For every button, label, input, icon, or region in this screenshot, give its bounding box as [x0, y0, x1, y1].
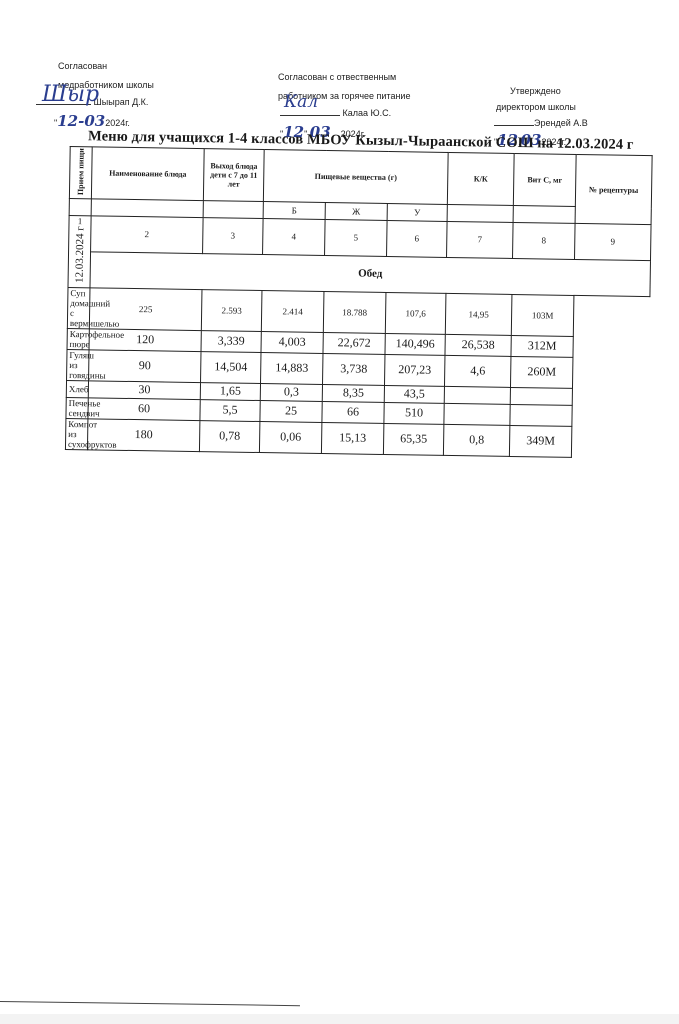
cell-dish: Картофельное пюре — [67, 328, 89, 349]
header-u: У — [387, 203, 447, 221]
date-label: 12.03.2024 г — [73, 226, 86, 283]
cell-vitc: 4,6 — [445, 355, 511, 387]
cell-kk: 43,5 — [384, 385, 444, 403]
approval-director-line2: директором школы — [496, 103, 576, 112]
approval-director-name: Эрендей А.В — [534, 118, 588, 128]
cell-b: 3,339 — [201, 330, 261, 352]
header-meal: Прием пищи — [69, 147, 92, 199]
column-number: 5 — [325, 220, 388, 257]
menu-table: Прием пищи Наименование блюда Выход блюд… — [65, 146, 653, 459]
header-b: Б — [263, 202, 325, 220]
cell-u: 15,13 — [321, 422, 383, 454]
column-number: 2 — [91, 216, 204, 254]
cell-vitc: 14,95 — [445, 293, 512, 335]
cell-vitc — [444, 386, 510, 404]
column-number: 3 — [203, 218, 264, 255]
column-number: 7 — [447, 221, 514, 258]
date-cell: 1 12.03.2024 г — [68, 215, 91, 287]
approval-catering-name: Калаа Ю.С. — [343, 108, 392, 118]
header-row: Прием пищи Наименование блюда Выход блюд… — [69, 147, 652, 208]
approval-director-line1: Утверждено — [510, 87, 561, 96]
cell-zh: 2.414 — [261, 290, 324, 332]
cell-dish: Суп домашний с вермишелью — [67, 287, 90, 328]
cell-zh: 0,06 — [259, 421, 321, 453]
cell-zh: 0,3 — [260, 383, 322, 401]
cell-u: 66 — [322, 401, 384, 423]
cell-dish: Печенье сендвич — [66, 397, 88, 418]
menu-document: Меню для учащихся 1-4 классов МБОУ Кызыл… — [65, 128, 652, 459]
cell-b: 0,78 — [199, 420, 259, 452]
cell-kk: 107,6 — [385, 292, 446, 334]
cell-portion: 60 — [88, 398, 200, 421]
cell-recipe: 349М — [509, 425, 571, 457]
cell-recipe: 260М — [510, 356, 572, 388]
cell-vitc: 26,538 — [445, 334, 511, 356]
cell-zh: 25 — [260, 400, 322, 422]
cell-vitc: 0,8 — [443, 424, 509, 456]
header-zh: Ж — [325, 203, 387, 221]
header-recipe: № рецептуры — [575, 154, 652, 224]
column-number: 4 — [263, 219, 326, 256]
column-number: 1 — [71, 216, 88, 226]
cell-u: 22,672 — [323, 332, 385, 354]
cell-vitc — [444, 403, 510, 425]
cell-kk: 207,23 — [384, 354, 444, 386]
cell-recipe — [510, 404, 572, 426]
cell-u: 18.788 — [323, 291, 386, 333]
cell-zh: 14,883 — [261, 352, 323, 384]
approval-medical-name: Шыырап Д.К. — [94, 97, 149, 107]
header-vitc: Вит С, мг — [513, 153, 576, 206]
column-number: 6 — [387, 220, 448, 257]
scan-edge — [0, 1014, 679, 1024]
cell-u: 8,35 — [322, 384, 384, 402]
cell-dish: Хлеб — [66, 380, 88, 397]
divider-line — [0, 1001, 300, 1006]
header-dish: Наименование блюда — [91, 147, 204, 201]
cell-kk: 140,496 — [385, 333, 445, 355]
approval-catering-line1: Согласован с отвественным — [278, 73, 396, 82]
cell-kk: 510 — [384, 402, 444, 424]
cell-b: 14,504 — [201, 351, 261, 383]
header-kk: К/К — [447, 152, 514, 205]
cell-dish: Компот из сухофруктов — [65, 418, 87, 449]
column-number: 9 — [575, 223, 652, 260]
cell-kk: 65,35 — [383, 423, 443, 455]
approval-medical-year: 2024г. — [105, 118, 130, 128]
signature-catering-icon: Кал — [284, 92, 318, 112]
cell-u: 3,738 — [323, 353, 385, 385]
header-portion: Выход блюда дети с 7 до 11 лет — [203, 149, 264, 202]
cell-zh: 4,003 — [261, 331, 323, 353]
cell-recipe — [510, 387, 572, 405]
signature-medical-icon: Шыр — [42, 82, 99, 107]
cell-recipe: 103М — [511, 294, 574, 336]
cell-recipe: 312М — [511, 335, 573, 357]
cell-b: 5,5 — [200, 399, 260, 421]
cell-portion: 30 — [88, 381, 200, 400]
header-nutrients: Пищевые вещества (г) — [263, 150, 448, 205]
approval-medical-line1: Согласован — [58, 62, 107, 71]
cell-b: 1,65 — [200, 382, 260, 400]
cell-dish: Гуляш из говядины — [67, 349, 89, 380]
column-number: 8 — [513, 222, 576, 259]
cell-b: 2.593 — [201, 289, 262, 331]
